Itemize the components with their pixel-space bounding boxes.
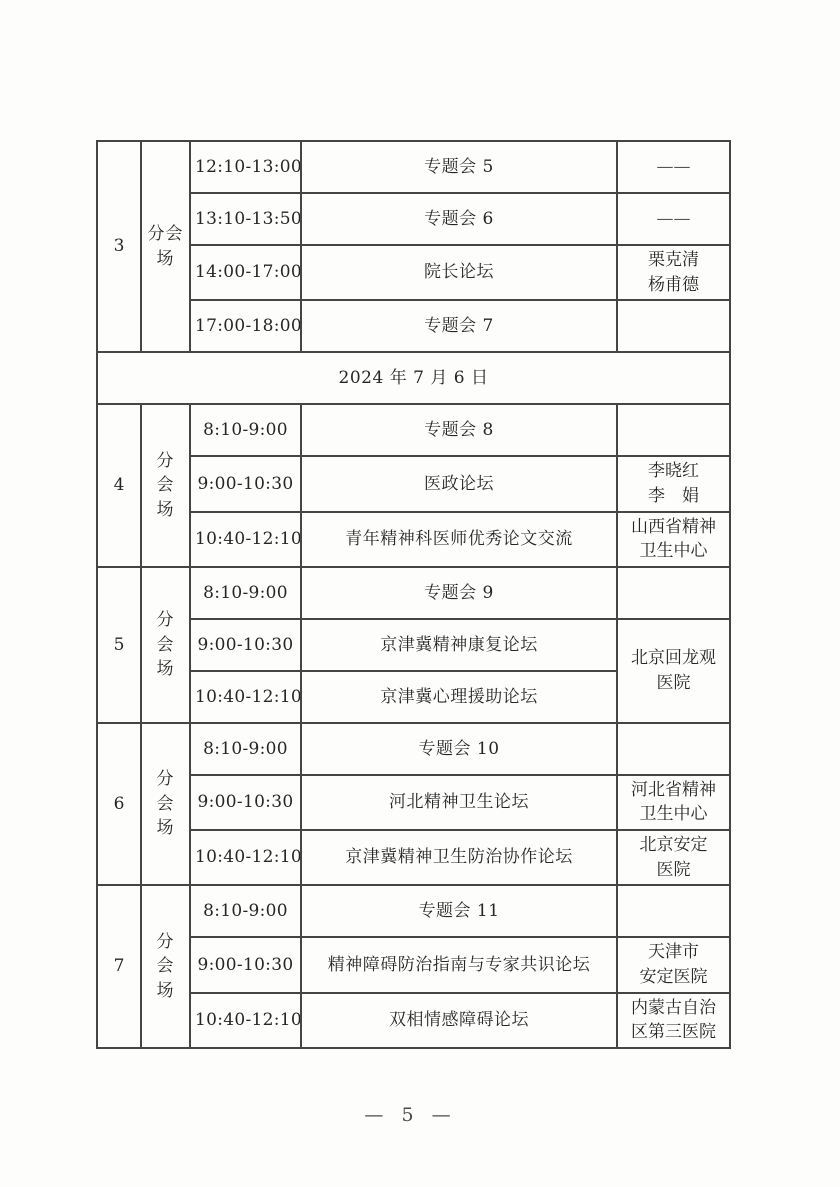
time-cell: 8:10-9:00 <box>190 885 301 937</box>
session-cell: 京津冀精神卫生防治协作论坛 <box>301 830 617 885</box>
session-cell: 京津冀心理援助论坛 <box>301 671 617 723</box>
table-row: 6 分 会 场 8:10-9:00 专题会 10 <box>97 723 730 775</box>
time-cell: 17:00-18:00 <box>190 300 301 352</box>
group-number: 6 <box>97 723 141 886</box>
session-cell: 专题会 11 <box>301 885 617 937</box>
speaker-cell: 北京回龙观 医院 <box>617 619 730 723</box>
table-row: 14:00-17:00 院长论坛 栗克清 杨甫德 <box>97 245 730 300</box>
table-row: 13:10-13:50 专题会 6 —— <box>97 193 730 245</box>
session-cell: 医政论坛 <box>301 456 617 511</box>
session-cell: 专题会 6 <box>301 193 617 245</box>
time-cell: 10:40-12:10 <box>190 671 301 723</box>
speaker-cell: 栗克清 杨甫德 <box>617 245 730 300</box>
table-row: 10:40-12:10 青年精神科医师优秀论文交流 山西省精神 卫生中心 <box>97 512 730 567</box>
time-cell: 10:40-12:10 <box>190 512 301 567</box>
speaker-cell <box>617 723 730 775</box>
table-row: 17:00-18:00 专题会 7 <box>97 300 730 352</box>
table-row: 10:40-12:10 双相情感障碍论坛 内蒙古自治 区第三医院 <box>97 993 730 1048</box>
time-cell: 10:40-12:10 <box>190 993 301 1048</box>
session-cell: 院长论坛 <box>301 245 617 300</box>
table-row: 9:00-10:30 精神障碍防治指南与专家共识论坛 天津市 安定医院 <box>97 937 730 992</box>
time-cell: 8:10-9:00 <box>190 567 301 619</box>
speaker-cell <box>617 300 730 352</box>
speaker-cell: 天津市 安定医院 <box>617 937 730 992</box>
speaker-cell: 河北省精神 卫生中心 <box>617 775 730 830</box>
venue-label: 分 会 场 <box>141 885 190 1048</box>
speaker-cell: —— <box>617 193 730 245</box>
scanned-page: 3 分会 场 12:10-13:00 专题会 5 —— 13:10-13:50 … <box>0 0 840 1187</box>
speaker-cell <box>617 567 730 619</box>
time-cell: 9:00-10:30 <box>190 937 301 992</box>
venue-label: 分 会 场 <box>141 404 190 567</box>
table-row: 7 分 会 场 8:10-9:00 专题会 11 <box>97 885 730 937</box>
speaker-cell: —— <box>617 141 730 193</box>
table-row: 9:00-10:30 京津冀精神康复论坛 北京回龙观 医院 <box>97 619 730 671</box>
time-cell: 9:00-10:30 <box>190 456 301 511</box>
time-cell: 13:10-13:50 <box>190 193 301 245</box>
time-cell: 8:10-9:00 <box>190 404 301 456</box>
time-cell: 10:40-12:10 <box>190 830 301 885</box>
date-header: 2024 年 7 月 6 日 <box>97 352 730 404</box>
table-row: 3 分会 场 12:10-13:00 专题会 5 —— <box>97 141 730 193</box>
session-cell: 专题会 7 <box>301 300 617 352</box>
speaker-cell: 北京安定 医院 <box>617 830 730 885</box>
time-cell: 8:10-9:00 <box>190 723 301 775</box>
group-number: 4 <box>97 404 141 567</box>
speaker-cell: 李晓红 李 娟 <box>617 456 730 511</box>
venue-label: 分会 场 <box>141 141 190 352</box>
table-row: 10:40-12:10 京津冀精神卫生防治协作论坛 北京安定 医院 <box>97 830 730 885</box>
table-row: 9:00-10:30 河北精神卫生论坛 河北省精神 卫生中心 <box>97 775 730 830</box>
session-cell: 河北精神卫生论坛 <box>301 775 617 830</box>
table-row: 4 分 会 场 8:10-9:00 专题会 8 <box>97 404 730 456</box>
date-row: 2024 年 7 月 6 日 <box>97 352 730 404</box>
table-row: 9:00-10:30 医政论坛 李晓红 李 娟 <box>97 456 730 511</box>
session-cell: 京津冀精神康复论坛 <box>301 619 617 671</box>
speaker-cell <box>617 404 730 456</box>
session-cell: 专题会 10 <box>301 723 617 775</box>
session-cell: 精神障碍防治指南与专家共识论坛 <box>301 937 617 992</box>
speaker-cell: 内蒙古自治 区第三医院 <box>617 993 730 1048</box>
session-cell: 双相情感障碍论坛 <box>301 993 617 1048</box>
session-cell: 专题会 9 <box>301 567 617 619</box>
speaker-cell: 山西省精神 卫生中心 <box>617 512 730 567</box>
speaker-cell <box>617 885 730 937</box>
time-cell: 12:10-13:00 <box>190 141 301 193</box>
time-cell: 14:00-17:00 <box>190 245 301 300</box>
time-cell: 9:00-10:30 <box>190 619 301 671</box>
group-number: 3 <box>97 141 141 352</box>
page-footer: — 5 — <box>364 1104 451 1126</box>
conference-schedule-table: 3 分会 场 12:10-13:00 专题会 5 —— 13:10-13:50 … <box>96 140 731 1049</box>
venue-label: 分 会 场 <box>141 723 190 886</box>
venue-label: 分 会 场 <box>141 567 190 723</box>
group-number: 5 <box>97 567 141 723</box>
group-number: 7 <box>97 885 141 1048</box>
session-cell: 专题会 8 <box>301 404 617 456</box>
time-cell: 9:00-10:30 <box>190 775 301 830</box>
session-cell: 专题会 5 <box>301 141 617 193</box>
table-row: 5 分 会 场 8:10-9:00 专题会 9 <box>97 567 730 619</box>
session-cell: 青年精神科医师优秀论文交流 <box>301 512 617 567</box>
